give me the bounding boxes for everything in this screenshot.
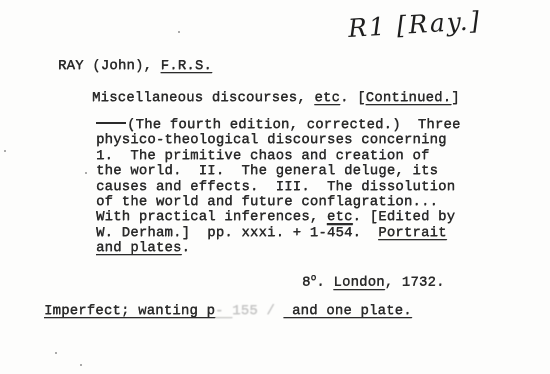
description-line: With practical inferences, etc. [Edited … [110,210,518,225]
text-segment: the world. II. The general deluge, its [96,163,438,179]
text-segment: 8 [302,275,311,291]
text-segment: Miscellaneous discourses, [92,90,314,106]
text-segment: of the world and future conflagration... [96,194,438,210]
description-line: W. Derham.] pp. xxxi. + 1-454. Portrait [110,226,518,241]
text-segment: physico-theological discourses concernin… [96,132,447,148]
text-segment: etc [314,90,340,106]
imperfection-note: Imperfect; wanting p- 155 / and one plat… [44,303,412,319]
scan-speck [178,31,180,33]
text-segment: . [Edited by [353,209,456,225]
description-line: causes and effects. III. The dissolution [110,180,518,195]
text-segment: W. Derham.] pp. xxxi. + 1- [96,225,327,241]
description-line: 1. The primitive chaos and creation of [110,149,518,164]
text-segment: - [215,303,232,319]
text-segment: RAY (John), [58,58,161,74]
text-segment: Portrait [378,225,446,241]
description-line: of the world and future conflagration... [110,195,518,210]
author-heading: RAY (John), F.R.S. [58,58,212,74]
imprint-line: 8o. London, 1732. [302,272,445,291]
text-segment: ] [451,90,460,106]
text-segment: . [316,275,333,291]
description-line: and plates. [110,241,518,256]
text-segment: . [182,240,191,256]
text-segment: With practical inferences, [96,209,327,225]
scan-speck [85,172,87,174]
handwritten-shelfmark: R1 [Ray.] [347,6,482,43]
text-segment: , 1732. [385,275,445,291]
text-segment: etc [327,209,353,225]
description-line: physico-theological discourses concernin… [110,133,518,148]
text-segment: causes and effects. III. The dissolution [96,179,455,195]
text-segment: Imperfect; wanting p [44,303,215,319]
text-segment: F.R.S. [161,58,212,74]
description-line: the world. II. The general deluge, its [110,164,518,179]
text-segment: and one plate. [283,303,411,319]
text-segment: and plates [96,240,182,256]
scan-speck [80,364,82,366]
long-dash [96,122,126,124]
scan-speck [55,352,57,354]
entry-description: (The fourth edition, corrected.) Threeph… [96,118,518,257]
text-segment: . [ [340,90,366,106]
text-segment: 155 / [232,303,283,319]
description-line: (The fourth edition, corrected.) Three [110,118,518,133]
text-segment: 1. The primitive chaos and creation of [96,148,430,164]
text-segment: (The fourth edition, corrected.) Three [127,117,461,133]
title-line: Miscellaneous discourses, etc. [Continue… [92,90,460,106]
scan-speck [4,150,6,152]
text-segment: London [333,275,384,291]
catalog-card-scan: R1 [Ray.] RAY (John), F.R.S. Miscellaneo… [0,0,550,374]
text-segment: Continued. [366,90,452,106]
text-segment: . [353,225,379,241]
text-segment: 454 [327,225,353,241]
